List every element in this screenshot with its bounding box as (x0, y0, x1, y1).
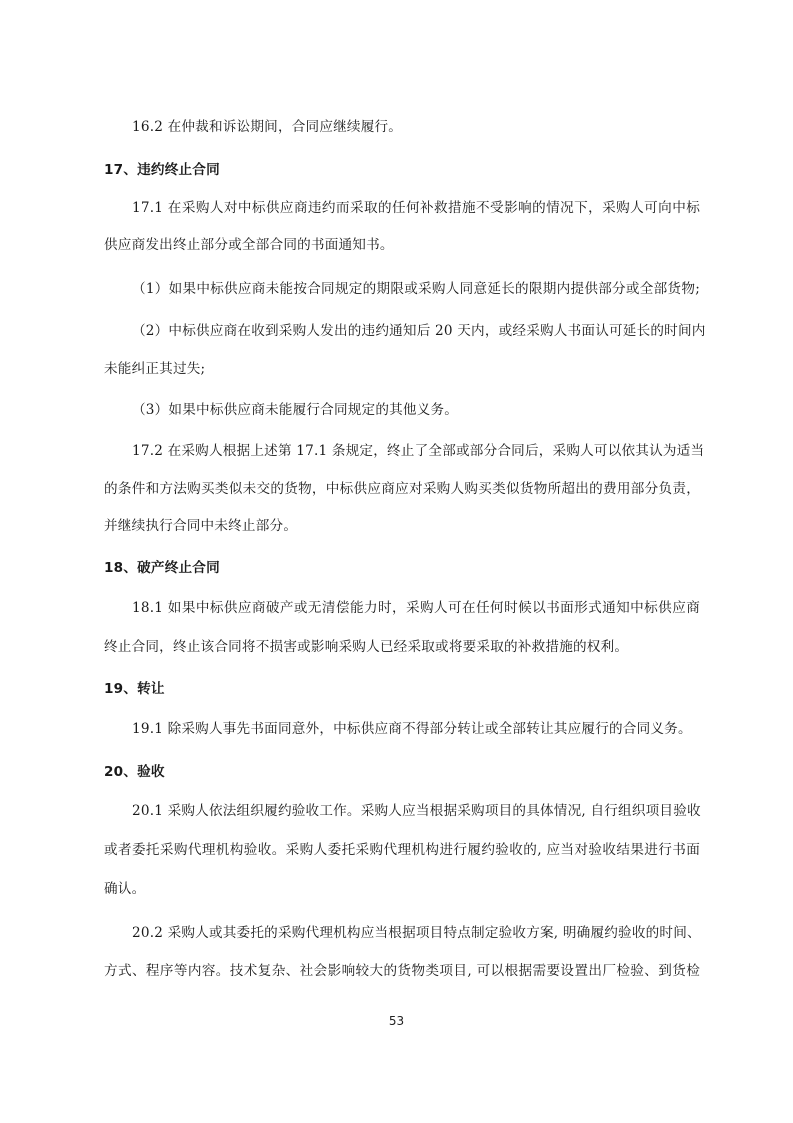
section-heading-17: 17、违约终止合同 (104, 160, 220, 180)
clause-17-1-item-1: （1）如果中标供应商未能按合同规定的期限或采购人同意延长的限期内提供部分或全部货… (132, 279, 700, 299)
clause-17-1-item-2-line-1: （2）中标供应商在收到采购人发出的违约通知后 20 天内，或经采购人书面认可延长… (132, 321, 700, 341)
clause-17-2-line-3: 并继续执行合同中未终止部分。 (104, 516, 297, 536)
clause-17-2-line-1: 17.2 在采购人根据上述第 17.1 条规定，终止了全部或部分合同后，采购人可… (132, 441, 700, 461)
clause-17-1-item-2-line-2: 未能纠正其过失; (104, 359, 205, 379)
clause-17-1-line-2: 供应商发出终止部分或全部合同的书面通知书。 (104, 235, 394, 255)
clause-19-1: 19.1 除采购人事先书面同意外，中标供应商不得部分转让或全部转让其应履行的合同… (132, 719, 692, 739)
clause-20-2-line-1: 20.2 采购人或其委托的采购代理机构应当根据项目特点制定验收方案, 明确履约验… (132, 923, 700, 943)
clause-20-1-line-3: 确认。 (104, 879, 145, 899)
section-heading-20: 20、验收 (104, 762, 165, 782)
section-heading-18: 18、破产终止合同 (104, 558, 220, 578)
page-number: 53 (0, 1014, 793, 1028)
clause-16-2: 16.2 在仲裁和诉讼期间，合同应继续履行。 (132, 117, 402, 137)
clause-18-1-line-1: 18.1 如果中标供应商破产或无清偿能力时，采购人可在任何时候以书面形式通知中标… (132, 598, 700, 618)
clause-20-1-line-2: 或者委托采购代理机构验收。采购人委托采购代理机构进行履约验收的, 应当对验收结果… (104, 840, 700, 860)
section-heading-19: 19、转让 (104, 679, 165, 699)
clause-20-1-line-1: 20.1 采购人依法组织履约验收工作。采购人应当根据采购项目的具体情况, 自行组… (132, 801, 700, 821)
clause-18-1-line-2: 终止合同，终止该合同将不损害或影响采购人已经采取或将要采取的补救措施的权利。 (104, 637, 628, 657)
clause-17-2-line-2: 的条件和方法购买类似未交的货物，中标供应商应对采购人购买类似货物所超出的费用部分… (104, 479, 700, 499)
clause-20-2-line-2: 方式、程序等内容。技术复杂、社会影响较大的货物类项目, 可以根据需要设置出厂检验… (104, 961, 700, 981)
clause-17-1-line-1: 17.1 在采购人对中标供应商违约而采取的任何补救措施不受影响的情况下，采购人可… (132, 198, 700, 218)
clause-17-1-item-3: （3）如果中标供应商未能履行合同规定的其他义务。 (132, 400, 458, 420)
